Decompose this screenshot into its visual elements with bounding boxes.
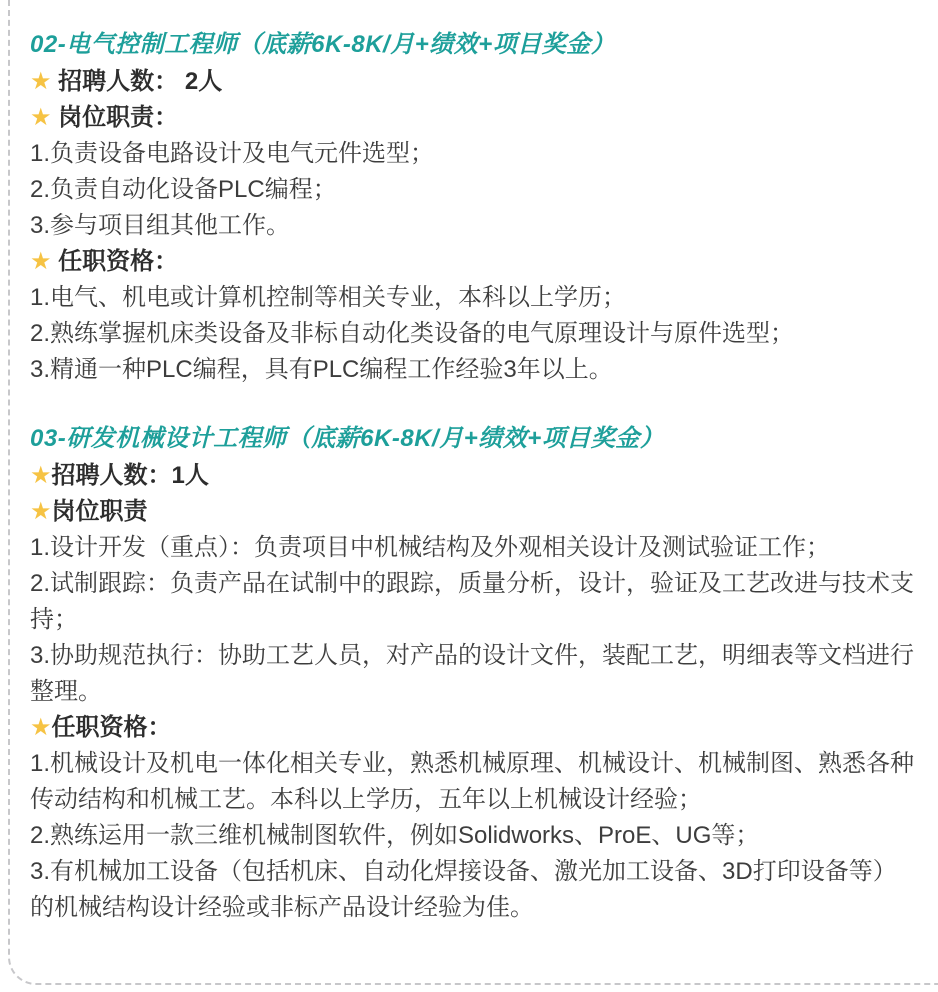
- job-title: 02-电气控制工程师（底薪6K-8K/月+绩效+项目奖金）: [30, 27, 914, 62]
- detail-text: 3.参与项目组其他工作。: [30, 212, 290, 239]
- detail-line: 2.熟练运用一款三维机械制图软件，例如Solidworks、ProE、UG等；: [30, 818, 914, 854]
- star-icon: ★: [30, 104, 52, 131]
- job-postings-document: 02-电气控制工程师（底薪6K-8K/月+绩效+项目奖金）★ 招聘人数： 2人★…: [30, 14, 914, 926]
- detail-text: 2.负责自动化设备PLC编程；: [30, 176, 337, 203]
- detail-line: 3.参与项目组其他工作。: [30, 208, 914, 244]
- detail-text: 2.熟练运用一款三维机械制图软件，例如Solidworks、ProE、UG等；: [30, 822, 759, 849]
- detail-line: 1.机械设计及机电一体化相关专业，熟悉机械原理、机械设计、机械制图、熟悉各种传动…: [30, 746, 914, 818]
- detail-text: 1.设计开发（重点）：负责项目中机械结构及外观相关设计及测试验证工作；: [30, 534, 830, 561]
- detail-text: 2.熟练掌握机床类设备及非标自动化类设备的电气原理设计与原件选型；: [30, 320, 794, 347]
- section-header-text: 任职资格：: [52, 714, 172, 741]
- detail-text: 2.试制跟踪：负责产品在试制中的跟踪，质量分析，设计，验证及工艺改进与技术支持；: [30, 570, 914, 633]
- section-header: ★ 招聘人数： 2人: [30, 64, 914, 100]
- detail-line: 2.熟练掌握机床类设备及非标自动化类设备的电气原理设计与原件选型；: [30, 316, 914, 352]
- star-icon: ★: [30, 498, 52, 525]
- section-header: ★招聘人数：1人: [30, 458, 914, 494]
- detail-text: 1.机械设计及机电一体化相关专业，熟悉机械原理、机械设计、机械制图、熟悉各种传动…: [30, 750, 914, 813]
- section-header-text: 任职资格：: [52, 248, 179, 275]
- detail-line: 3.有机械加工设备（包括机床、自动化焊接设备、激光加工设备、3D打印设备等）的机…: [30, 854, 914, 926]
- detail-text: 3.精通一种PLC编程，具有PLC编程工作经验3年以上。: [30, 356, 613, 383]
- detail-text: 3.协助规范执行：协助工艺人员，对产品的设计文件，装配工艺，明细表等文档进行整理…: [30, 642, 914, 705]
- star-icon: ★: [30, 248, 52, 275]
- detail-line: 1.负责设备电路设计及电气元件选型；: [30, 136, 914, 172]
- section-header: ★岗位职责: [30, 494, 914, 530]
- job-title: 03-研发机械设计工程师（底薪6K-8K/月+绩效+项目奖金）: [30, 421, 914, 456]
- detail-text: 1.负责设备电路设计及电气元件选型；: [30, 140, 434, 167]
- detail-text: 3.有机械加工设备（包括机床、自动化焊接设备、激光加工设备、3D打印设备等）的机…: [30, 858, 897, 921]
- section-header: ★ 岗位职责：: [30, 100, 914, 136]
- detail-text: 1.电气、机电或计算机控制等相关专业，本科以上学历；: [30, 284, 626, 311]
- job-posting: 03-研发机械设计工程师（底薪6K-8K/月+绩效+项目奖金）★招聘人数：1人★…: [30, 421, 914, 926]
- star-icon: ★: [30, 462, 52, 489]
- detail-line: 1.电气、机电或计算机控制等相关专业，本科以上学历；: [30, 280, 914, 316]
- section-header-text: 岗位职责：: [52, 104, 179, 131]
- star-icon: ★: [30, 68, 52, 95]
- section-header-text: 招聘人数： 2人: [52, 68, 223, 95]
- detail-line: 2.负责自动化设备PLC编程；: [30, 172, 914, 208]
- section-header: ★ 任职资格：: [30, 244, 914, 280]
- section-header-text: 岗位职责: [52, 498, 148, 525]
- detail-line: 2.试制跟踪：负责产品在试制中的跟踪，质量分析，设计，验证及工艺改进与技术支持；: [30, 566, 914, 638]
- detail-line: 1.设计开发（重点）：负责项目中机械结构及外观相关设计及测试验证工作；: [30, 530, 914, 566]
- job-posting: 02-电气控制工程师（底薪6K-8K/月+绩效+项目奖金）★ 招聘人数： 2人★…: [30, 27, 914, 388]
- section-header-text: 招聘人数：1人: [52, 462, 209, 489]
- detail-line: 3.精通一种PLC编程，具有PLC编程工作经验3年以上。: [30, 352, 914, 388]
- detail-line: 3.协助规范执行：协助工艺人员，对产品的设计文件，装配工艺，明细表等文档进行整理…: [30, 638, 914, 710]
- section-header: ★任职资格：: [30, 710, 914, 746]
- star-icon: ★: [30, 714, 52, 741]
